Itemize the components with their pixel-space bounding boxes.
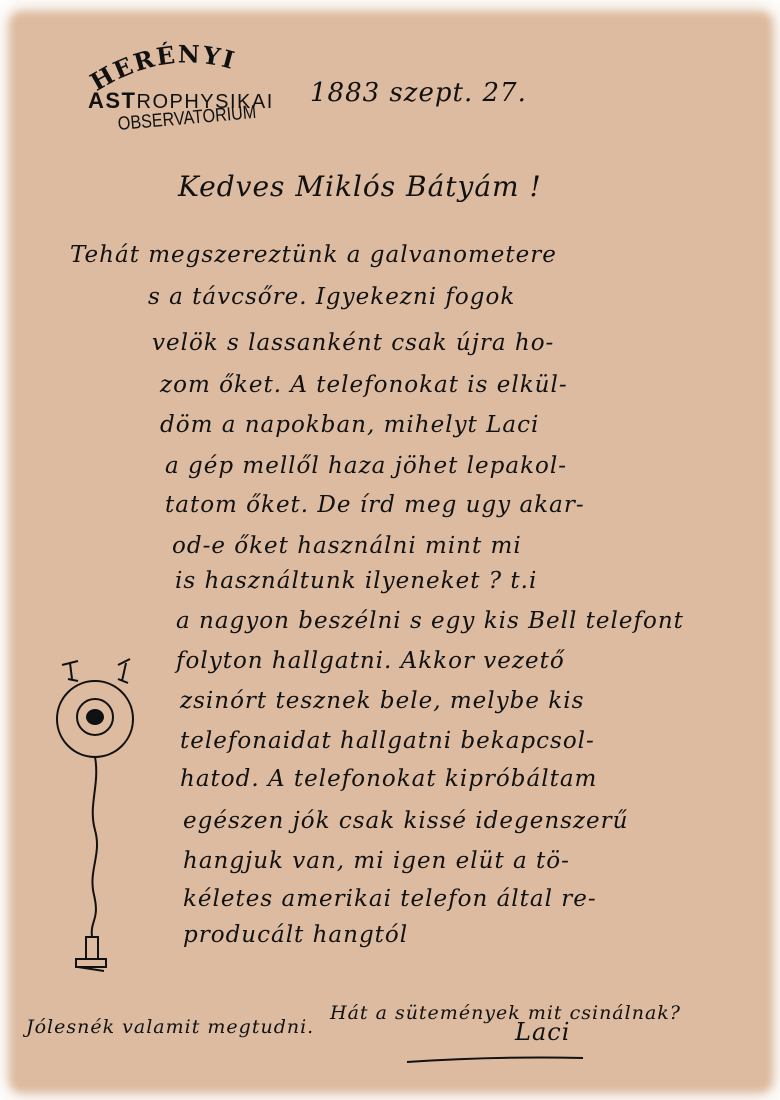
body-line: producált hangtól <box>183 922 408 948</box>
body-line: Tehát megszereztünk a galvanometere <box>70 242 557 268</box>
stamp-line1-bold: AST <box>88 88 137 113</box>
body-line: egészen jók csak kissé idegenszerű <box>183 808 628 834</box>
body-line: telefonaidat hallgatni bekapcsol- <box>180 728 595 754</box>
body-line: zsinórt tesznek bele, melybe kis <box>180 688 584 714</box>
body-line: hatod. A telefonokat kipróbáltam <box>180 766 597 792</box>
body-line: velök s lassanként csak újra ho- <box>152 330 554 356</box>
signature-underline <box>405 1052 605 1066</box>
salutation: Kedves Miklós Bátyám ! <box>178 170 542 203</box>
body-line: döm a napokban, mihelyt Laci <box>160 412 539 438</box>
body-line: kéletes amerikai telefon által re- <box>183 886 597 912</box>
signature: Laci <box>405 1030 460 1058</box>
body-line: hangjuk van, mi igen elüt a tö- <box>183 848 570 874</box>
telephone-receiver-sketch-icon <box>40 655 150 975</box>
body-line: tatom őket. De írd meg ugy akar- <box>165 492 585 518</box>
postscript-right: Hát a sütemények mit csinálnak? <box>330 1002 681 1024</box>
stamp-arc-heading: HERÉNYI <box>88 36 288 96</box>
body-line: zom őket. A telefonokat is elkül- <box>160 372 568 398</box>
body-line: is használtunk ilyeneket ? t.i <box>175 568 537 594</box>
postscript-left: Jólesnék valamit megtudni. <box>26 1016 314 1038</box>
letter-date: 1883 szept. 27. <box>310 78 527 108</box>
body-line: s a távcsőre. Igyekezni fogok <box>148 284 515 310</box>
body-line: a gép mellől haza jöhet lepakol- <box>165 453 567 479</box>
body-line: folyton hallgatni. Akkor vezető <box>176 648 565 674</box>
body-line: od-e őket használni mint mi <box>172 533 522 559</box>
body-line: a nagyon beszélni s egy kis Bell telefon… <box>176 608 684 634</box>
signature-name: Laci <box>515 1018 570 1046</box>
